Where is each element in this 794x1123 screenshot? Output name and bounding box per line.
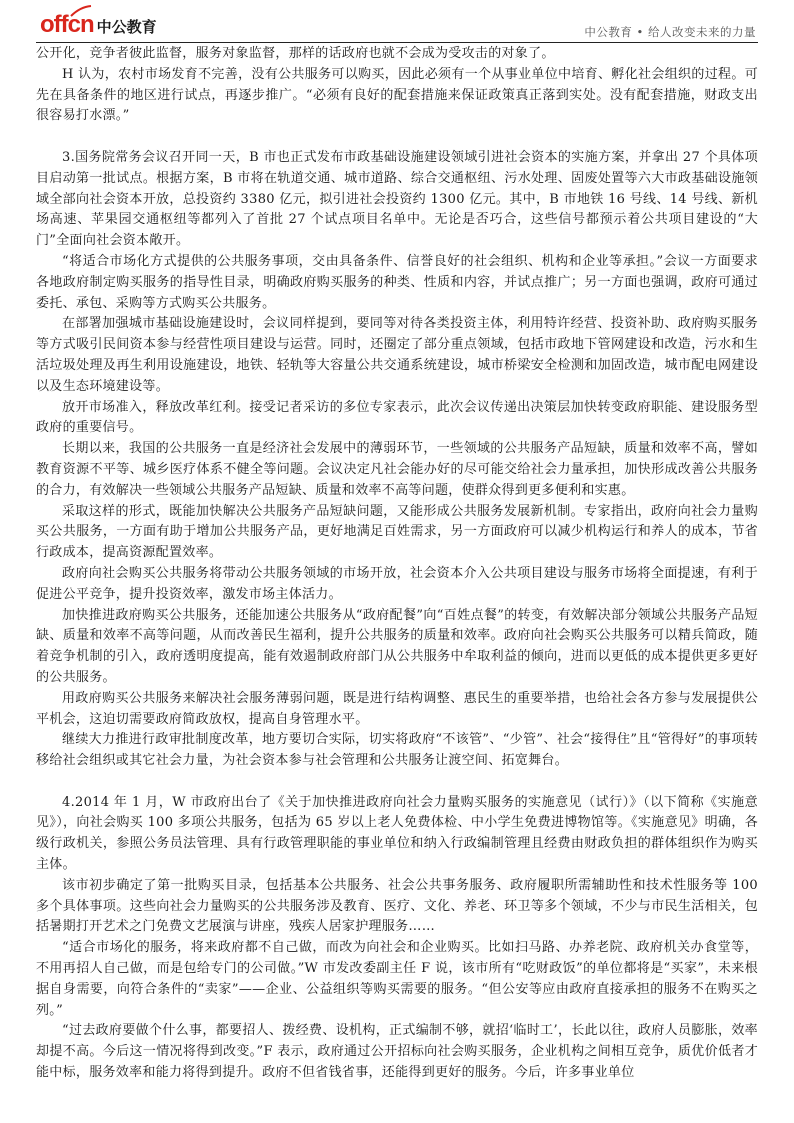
logo-chinese-text: 中公教育 [97,17,157,37]
body-paragraph: 继续大力推进行政审批制度改革，地方要切合实际，切实将政府“不该管”、“少管”、社… [36,730,758,772]
body-paragraph: 采取这样的形式，既能加快解决公共服务产品短缺问题，又能形成公共服务发展新机制。专… [36,502,758,564]
body-paragraph: 4.2014 年 1 月，W 市政府出台了《关于加快推进政府向社会力量购买服务的… [36,793,758,876]
offcn-logo: offcn 中公教育 [40,13,157,37]
document-body: 公开化，竞争者彼此监督，服务对象监督，那样的话政府也就不会成为受攻击的对象了。H… [36,44,758,1084]
header-slogan: 中公教育 • 给人改变未来的力量 [584,24,756,40]
body-paragraph: “过去政府要做个什么事，都要招人、拨经费、设机构，正式编制不够，就招‘临时工’，… [36,1021,758,1083]
body-paragraph: 政府向社会购买公共服务将带动公共服务领域的市场开放，社会资本介入公共项目建设与服… [36,564,758,606]
paragraph-spacer [36,772,758,793]
logo-swoosh-icon [70,5,92,17]
body-paragraph: 用政府购买公共服务来解决社会服务薄弱问题，既是进行结构调整、惠民生的重要举措，也… [36,689,758,731]
body-paragraph: “将适合市场化方式提供的公共服务事项，交由具备条件、信誉良好的社会组织、机构和企… [36,252,758,314]
body-paragraph: “适合市场化的服务，将来政府都不自己做，而改为向社会和企业购买。比如扫马路、办养… [36,938,758,1021]
body-paragraph: 长期以来，我国的公共服务一直是经济社会发展中的薄弱环节，一些领域的公共服务产品短… [36,439,758,501]
page-header: offcn 中公教育 中公教育 • 给人改变未来的力量 [36,0,758,43]
body-paragraph: 在部署加强城市基础设施建设时，会议同样提到，要同等对待各类投资主体，利用特许经营… [36,314,758,397]
body-paragraph: 公开化，竞争者彼此监督，服务对象监督，那样的话政府也就不会成为受攻击的对象了。 [36,44,758,65]
body-paragraph: 3.国务院常务会议召开同一天，B 市也正式发布市政基础设施建设领域引进社会资本的… [36,148,758,252]
body-paragraph: 该市初步确定了第一批购买目录，包括基本公共服务、社会公共事务服务、政府履职所需辅… [36,876,758,938]
body-paragraph: 加快推进政府购买公共服务，还能加速公共服务从“政府配餐”向“百姓点餐”的转变，有… [36,606,758,689]
paragraph-spacer [36,127,758,148]
body-paragraph: 放开市场准入，释放改革红利。接受记者采访的多位专家表示，此次会议传递出决策层加快… [36,398,758,440]
body-paragraph: H 认为，农村市场发育不完善，没有公共服务可以购买，因此必须有一个从事业单位中培… [36,65,758,127]
